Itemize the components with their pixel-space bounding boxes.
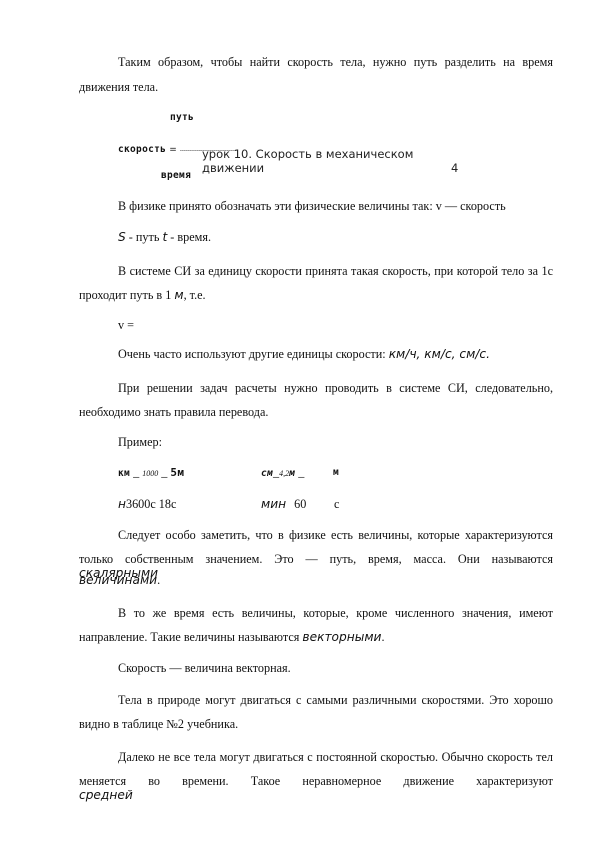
p8-text: направление. Такие величины называются (79, 630, 302, 644)
p5-text: Очень часто используют другие единицы ск… (118, 347, 389, 361)
paragraph-11-line-1: Далеко не все тела могут двигаться с пос… (118, 750, 553, 764)
page-header-title-line-1: урок 10. Скорость в механическом (202, 148, 413, 161)
page-header-title-line-2: движении (202, 162, 264, 175)
velocity-equation: v = (118, 318, 134, 332)
ex-sep: _ (133, 465, 139, 479)
paragraph-11-line-2: меняется во времени. Такое неравномерное… (79, 774, 553, 802)
p5-units: км/ч, км/с, см/с. (389, 347, 490, 361)
paragraph-2: В физике принято обозначать эти физическ… (118, 199, 506, 213)
paragraph-4-line-2: проходит путь в 1 м, т.е. (79, 288, 206, 302)
paragraph-6-line-2: необходимо знать правила перевода. (79, 405, 268, 419)
page-number: 4 (451, 162, 458, 175)
symbol-s-text: - путь (126, 230, 163, 244)
example-right-bottom: мин 60 (261, 497, 306, 511)
ex-value-1000: 1000 (142, 469, 158, 478)
symbol-t-text: - время. (167, 230, 211, 244)
paragraph-8-line-1: В то же время есть величины, которые, кр… (118, 606, 553, 620)
formula-numerator: путь (170, 111, 194, 125)
p11-text: меняется во времени. Такое неравномерное… (79, 774, 553, 788)
formula-lhs: скорость (118, 144, 166, 155)
p4-text-post: , т.е. (184, 288, 206, 302)
paragraph-7-line-3: величинами. (79, 573, 160, 587)
ex-sep: _ (161, 465, 167, 479)
ex-unit-sm: см (261, 468, 273, 479)
example-label: Пример: (118, 435, 162, 449)
term-scalar-2: величинами (79, 573, 157, 587)
example-left-bottom: н3600с 18с (118, 497, 176, 511)
paragraph-1-line-1: Таким образом, чтобы найти скорость тела… (118, 55, 553, 69)
formula-equals: = (169, 145, 177, 155)
paragraph-4-line-1: В системе СИ за единицу скорости принята… (118, 264, 553, 278)
p8-dot: . (381, 630, 384, 644)
p7-dot: . (157, 573, 160, 587)
term-average: средней (79, 788, 133, 802)
paragraph-6-line-1: При решении задач расчеты нужно проводит… (118, 381, 553, 395)
symbol-s: S (118, 230, 126, 244)
paragraph-10-line-2: видно в таблице №2 учебника. (79, 717, 238, 731)
term-vector: векторными (302, 630, 381, 644)
formula-denominator: время (161, 169, 191, 183)
ex-text: 3600с 18с (126, 497, 176, 511)
ex-unit-min: мин (261, 497, 286, 511)
ex-unit-km: км (118, 468, 130, 479)
unit-m: м (174, 288, 183, 302)
paragraph-9: Скорость — величина векторная. (118, 661, 291, 675)
p7-text: только собственным значением. Это — путь… (79, 552, 553, 566)
ex-value-60: 60 (294, 497, 306, 511)
ex-unit-h: н (118, 497, 126, 511)
example-right-top: см_4,2м _ (261, 465, 304, 481)
ex-sep: _ (298, 465, 304, 479)
example-right-top-result: м (333, 466, 339, 480)
paragraph-10-line-1: Тела в природе могут двигаться с самыми … (118, 693, 553, 707)
example-left-top: км _ 1000 _ 5м (118, 465, 184, 481)
paragraph-5: Очень часто используют другие единицы ск… (118, 347, 490, 361)
ex-value-4-2: 4,2 (279, 469, 289, 478)
example-right-bottom-result: с (334, 497, 339, 511)
p4-text: проходит путь в 1 (79, 288, 174, 302)
paragraph-8-line-2: направление. Такие величины называются в… (79, 630, 385, 644)
paragraph-7-line-1: Следует особо заметить, что в физике ест… (118, 528, 553, 542)
paragraph-3: S - путь t - время. (118, 230, 211, 244)
ex-result-5m: 5м (170, 466, 184, 479)
ex-unit-m: м (289, 468, 295, 479)
paragraph-1-line-2: движения тела. (79, 80, 158, 94)
